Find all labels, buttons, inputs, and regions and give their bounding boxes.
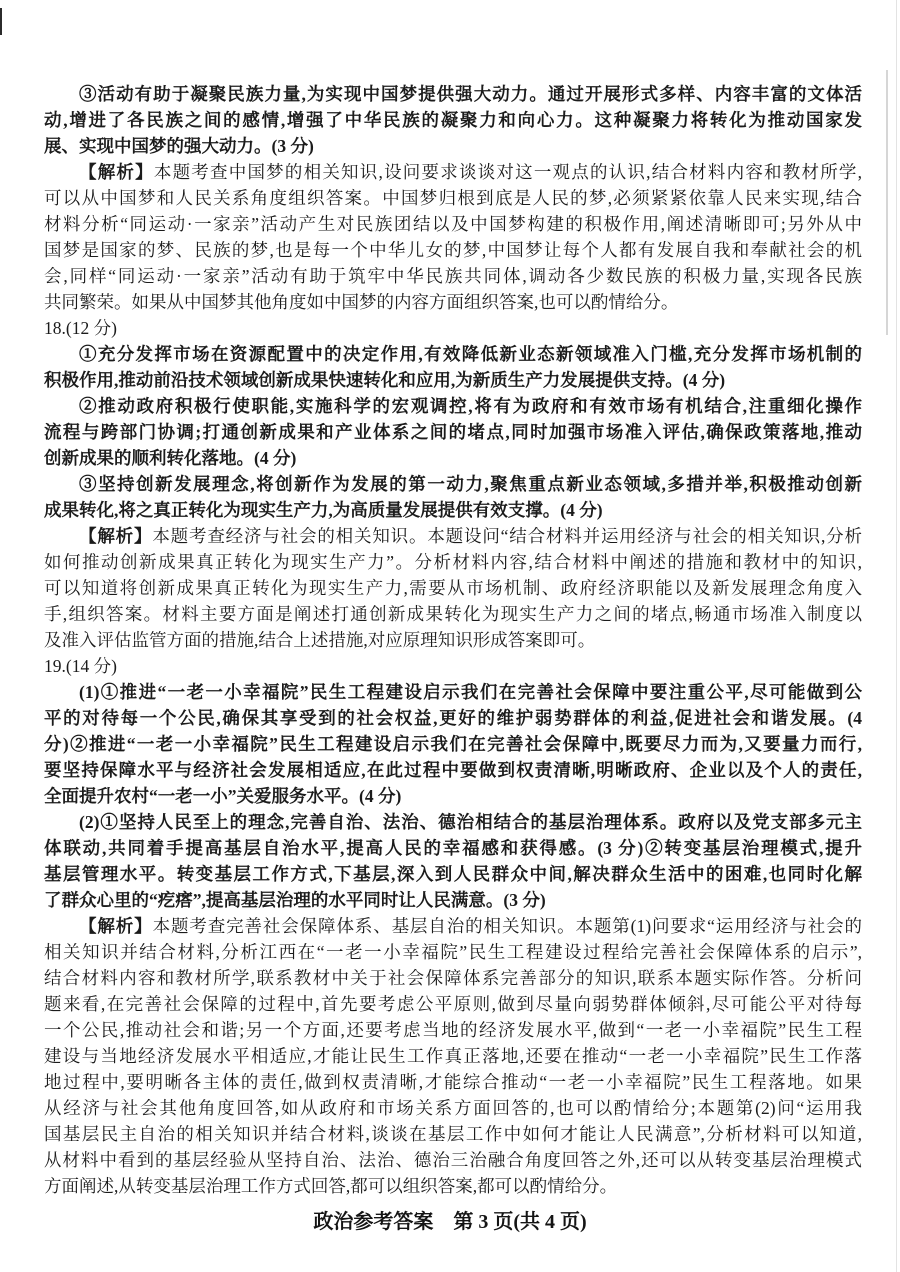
text-line: 【解析】本题考查完善社会保障体系、基层自治的相关知识。本题第(1)问要求“运用经…	[44, 913, 862, 939]
text-line: 可以从中国梦和人民关系角度组织答案。中国梦归根到底是人民的梦,必须紧紧依靠人民来…	[44, 185, 862, 211]
text-line: 相关知识并结合材料,分析江西在“一老一小幸福院”民生工程建设过程给完善社会保障体…	[44, 939, 862, 965]
footer-doc-title: 政治参考答案	[313, 1211, 433, 1233]
text-line: 可以知道将创新成果真正转化为现实生产力,需要从市场机制、政府经济职能以及新发展理…	[44, 575, 862, 601]
scan-edge-right-line	[896, 0, 897, 1272]
page-footer: 政治参考答案第 3 页(共 4 页)	[0, 1205, 900, 1234]
text-line: 要坚持保障水平与经济社会发展相适应,在此过程中要做到权责清晰,明晰政府、企业以及…	[44, 757, 862, 783]
text-line: 建设与当地经济发展水平相适应,才能让民生工作真正落地,还要在推动“一老一小幸福院…	[44, 1043, 862, 1069]
text-line: 方面阐述,从转变基层治理工作方式回答,都可以组织答案,都可以酌情给分。	[44, 1173, 862, 1199]
footer-page-number: 第 3 页(共 4 页)	[453, 1211, 586, 1233]
text-line: 地过程中,要明晰各主体的责任,做到权责清晰,才能综合推动“一老一小幸福院”民生工…	[44, 1069, 862, 1095]
text-line: 了群众心里的“疙瘩”,提高基层治理的水平同时让人民满意。(3 分)	[44, 887, 862, 913]
text-line: ①充分发挥市场在资源配置中的决定作用,有效降低新业态新领域准入门槛,充分发挥市场…	[44, 341, 862, 367]
analysis-label: 【解析】	[79, 916, 153, 936]
text-line: 从经济与社会其他角度回答,如从政府和市场关系方面回答的,也可以酌情给分;本题第(…	[44, 1095, 862, 1121]
text-line: 一个公民,推动社会和谐;另一个方面,还要考虑当地的经济发展水平,做到“一老一小幸…	[44, 1017, 862, 1043]
scan-edge-right-upper-line	[886, 70, 888, 335]
text-line: 从材料中看到的基层经验从坚持自治、法治、德治三治融合角度回答之外,还可以从转变基…	[44, 1147, 862, 1173]
text-line: 分)②推进“一老一小幸福院”民生工程建设启示我们在完善社会保障中,既要尽力而为,…	[44, 731, 862, 757]
document-body: ③活动有助于凝聚民族力量,为实现中国梦提供强大动力。通过开展形式多样、内容丰富的…	[44, 81, 862, 1199]
text-line: 会,同样“同运动·一家亲”活动有助于筑牢中华民族共同体,调动各少数民族的积极力量…	[44, 263, 862, 289]
text-line: 18.(12 分)	[44, 315, 862, 341]
text-line: 创新成果的顺利转化落地。(4 分)	[44, 445, 862, 471]
text-line: 题来看,在完善社会保障的过程中,首先要考虑公平原则,做到尽量向弱势群体倾斜,尽可…	[44, 991, 862, 1017]
text-line: 结合材料内容和教材所学,联系教材中关于社会保障体系完善部分的知识,联系本题实际作…	[44, 965, 862, 991]
text-line: 手,组织答案。材料主要方面是阐述打通创新成果转化为现实生产力之间的堵点,畅通市场…	[44, 601, 862, 627]
text-line: (2)①坚持人民至上的理念,完善自治、法治、德治相结合的基层治理体系。政府以及党…	[44, 809, 862, 835]
text-line: 共同繁荣。如果从中国梦其他角度如中国梦的内容方面组织答案,也可以酌情给分。	[44, 289, 862, 315]
analysis-label: 【解析】	[79, 162, 154, 182]
text-line: 【解析】本题考查经济与社会的相关知识。本题设问“结合材料并运用经济与社会的相关知…	[44, 523, 862, 549]
text-line: 展、实现中国梦的强大动力。(3 分)	[44, 133, 862, 159]
text-line: 国梦是国家的梦、民族的梦,也是每一个中华儿女的梦,中国梦让每个人都有发展自我和奉…	[44, 237, 862, 263]
text-line: (1)①推进“一老一小幸福院”民生工程建设启示我们在完善社会保障中要注重公平,尽…	[44, 679, 862, 705]
scanned-answer-page: ③活动有助于凝聚民族力量,为实现中国梦提供强大动力。通过开展形式多样、内容丰富的…	[0, 0, 900, 1272]
text-line: 19.(14 分)	[44, 653, 862, 679]
text-line: 【解析】本题考查中国梦的相关知识,设问要求谈谈对这一观点的认识,结合材料内容和教…	[44, 159, 862, 185]
text-line: ②推动政府积极行使职能,实施科学的宏观调控,将有为政府和有效市场有机结合,注重细…	[44, 393, 862, 419]
text-line: 国基层民主自治的相关知识并结合材料,谈谈在基层工作中如何才能让人民满意”,分析材…	[44, 1121, 862, 1147]
text-line: 平的对待每一个公民,确保其享受到的社会权益,更好的维护弱势群体的利益,促进社会和…	[44, 705, 862, 731]
text-line: 基层管理水平。转变基层工作方式,下基层,深入到人民群众中间,解决群众生活中的困难…	[44, 861, 862, 887]
text-line: 及准入评估监管方面的措施,结合上述措施,对应原理知识形成答案即可。	[44, 627, 862, 653]
text-line: 动,增进了各民族之间的感情,增强了中华民族的凝聚力和向心力。这种凝聚力将转化为推…	[44, 107, 862, 133]
analysis-label: 【解析】	[79, 526, 152, 546]
text-line: 材料分析“同运动·一家亲”活动产生对民族团结以及中国梦构建的积极作用,阐述清晰即…	[44, 211, 862, 237]
text-line: 流程与跨部门协调;打通创新成果和产业体系之间的堵点,同时加强市场准入评估,确保政…	[44, 419, 862, 445]
text-line: ③坚持创新发展理念,将创新作为发展的第一动力,聚焦重点新业态领域,多措并举,积极…	[44, 471, 862, 497]
text-line: 积极作用,推动前沿技术领域创新成果快速转化和应用,为新质生产力发展提供支持。(4…	[44, 367, 862, 393]
scan-edge-left-mark	[0, 8, 2, 35]
text-line: 成果转化,将之真正转化为现实生产力,为高质量发展提供有效支撑。(4 分)	[44, 497, 862, 523]
text-line: 体联动,共同着手提高基层自治水平,提高人民的幸福感和获得感。(3 分)②转变基层…	[44, 835, 862, 861]
text-line: ③活动有助于凝聚民族力量,为实现中国梦提供强大动力。通过开展形式多样、内容丰富的…	[44, 81, 862, 107]
text-line: 全面提升农村“一老一小”关爱服务水平。(4 分)	[44, 783, 862, 809]
text-line: 如何推动创新成果真正转化为现实生产力”。分析材料内容,结合材料中阐述的措施和教材…	[44, 549, 862, 575]
